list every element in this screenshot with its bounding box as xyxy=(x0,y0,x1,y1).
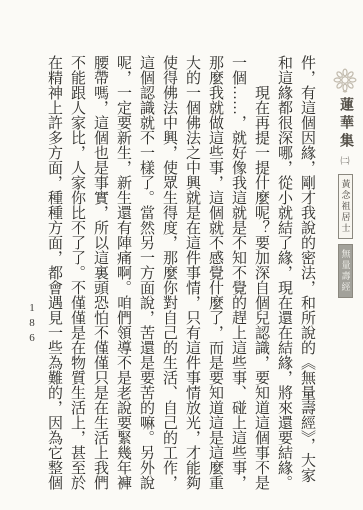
paragraph: 現在再提一提什麼呢？要加深自個兒認識，要知道這個事不是一個……，就好像我這就是不… xyxy=(42,55,272,492)
book-title: 蓮華集 xyxy=(335,97,355,151)
page-number: 186 xyxy=(26,302,38,347)
section-label: 無量壽經 xyxy=(338,244,353,298)
body-text: 件，有這個因緣，剛才我說的密法，和所說的《無量壽經》，大家和這緣都很深哪，從小就… xyxy=(41,55,318,492)
volume-label: ㈡ xyxy=(340,154,349,167)
paragraph: 件，有這個因緣，剛才我說的密法，和所說的《無量壽經》，大家和這緣都很深哪，從小就… xyxy=(272,55,318,492)
lotus-seal-icon xyxy=(333,68,357,94)
running-header: 蓮華集 ㈡ 黃念祖居士 無量壽經 xyxy=(331,68,359,298)
author-label: 黃念祖居士 xyxy=(338,174,353,239)
book-page: 蓮華集 ㈡ 黃念祖居士 無量壽經 件，有這個因緣，剛才我說的密法，和所說的《無量… xyxy=(0,0,363,510)
